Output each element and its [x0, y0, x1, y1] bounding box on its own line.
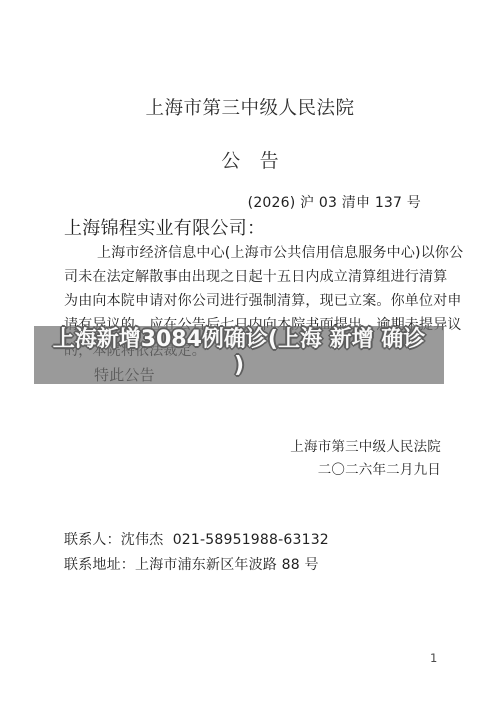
contact-address: 联系地址：上海市浦东新区年波路 88 号	[64, 556, 319, 574]
recipient-line: 上海锦程实业有限公司：	[64, 217, 265, 241]
page-number: 1	[430, 651, 437, 665]
headline-overlay: 上海新增3084例确诊(上海 新增 确诊 )	[34, 327, 444, 379]
notice-title: 公 告	[0, 149, 500, 174]
body-line: 司未在法定解散事由出现之日起十五日内成立清算组进行清算	[64, 268, 447, 286]
court-title: 上海市第三中级人民法院	[0, 97, 500, 121]
body-line: 为由向本院申请对你公司进行强制清算，现已立案。你单位对申	[64, 292, 462, 310]
headline-line1: 上海新增3084例确诊(上海 新增 确诊	[34, 327, 444, 353]
overlay-box: 上海新增3084例确诊(上海 新增 确诊 )	[34, 326, 444, 384]
signature-court: 上海市第三中级人民法院	[290, 439, 441, 457]
notice-document: 上海市第三中级人民法院 公 告 (2026) 沪 03 清申 137 号 上海锦…	[0, 0, 500, 706]
headline-line2: )	[34, 353, 444, 379]
signature-date: 二〇二六年二月九日	[318, 462, 441, 480]
contact-person: 联系人：沈伟杰 021-58951988-63132	[64, 531, 329, 549]
case-number: (2026) 沪 03 清申 137 号	[248, 194, 421, 212]
body-line: 上海市经济信息中心(上海市公共信用信息服务中心)以你公	[97, 244, 463, 262]
